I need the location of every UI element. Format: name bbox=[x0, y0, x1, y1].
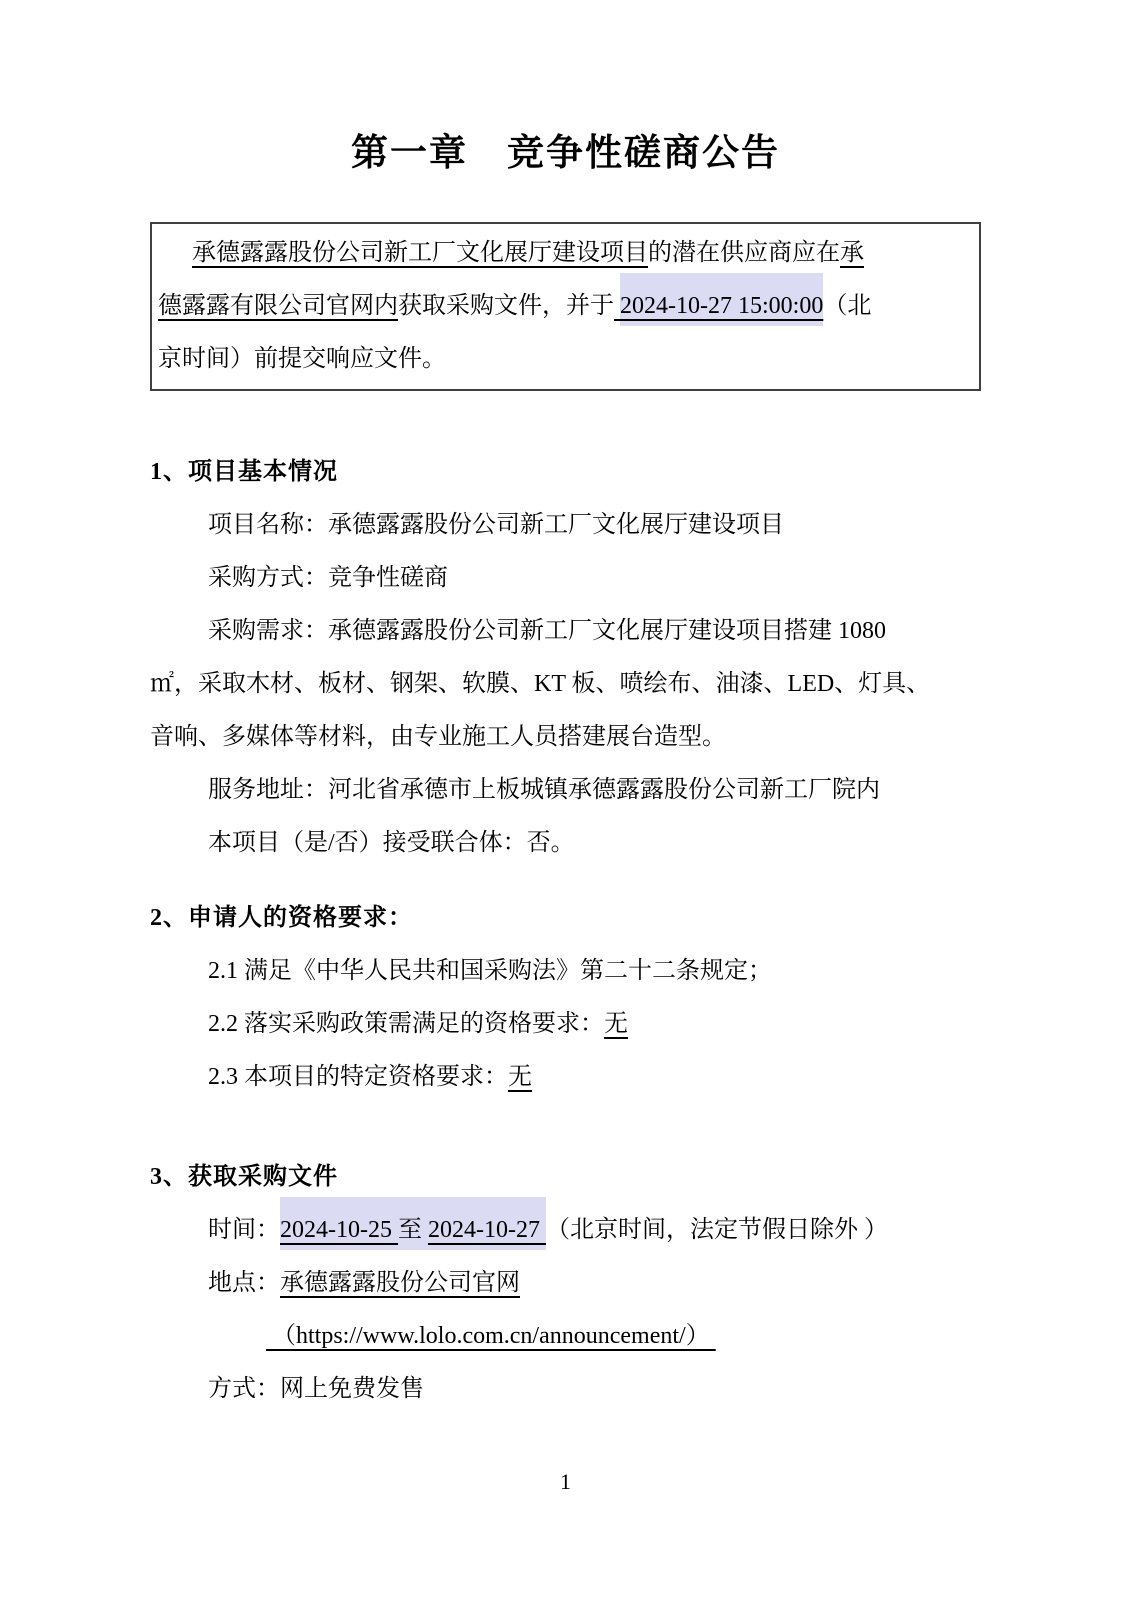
text-line: 地点：承德露露股份公司官网 bbox=[150, 1257, 981, 1310]
underlined-text: 承 bbox=[840, 240, 864, 266]
text-run: 地点： bbox=[208, 1270, 280, 1296]
form-field-highlight[interactable]: 2024-10-27 bbox=[428, 1197, 546, 1250]
text-run: 的潜在供应商应在 bbox=[648, 240, 840, 266]
underlined-text: （https://www.lolo.com.cn/announcement/） bbox=[266, 1323, 716, 1349]
underlined-text: 德露露有限公司官网内 bbox=[158, 293, 398, 319]
document-page: 第一章 竞争性磋商公告 承德露露股份公司新工厂文化展厅建设项目的潜在供应商应在承… bbox=[0, 0, 1131, 1600]
notice-line: 承德露露股份公司新工厂文化展厅建设项目的潜在供应商应在承 bbox=[158, 227, 973, 280]
form-field-highlight[interactable]: 2024-10-27 15:00:00 bbox=[620, 273, 823, 326]
section: 1、项目基本情况项目名称：承德露露股份公司新工厂文化展厅建设项目采购方式：竞争性… bbox=[150, 446, 981, 870]
underlined-text: 无 bbox=[604, 1011, 628, 1037]
text-run: （北京时间，法定节假日除外 ） bbox=[546, 1217, 888, 1243]
notice-box: 承德露露股份公司新工厂文化展厅建设项目的潜在供应商应在承德露露有限公司官网内获取… bbox=[150, 222, 981, 391]
form-field-highlight[interactable]: 2024-10-25 bbox=[280, 1197, 398, 1250]
notice-line: 德露露有限公司官网内获取采购文件，并于 2024-10-27 15:00:00（… bbox=[158, 280, 973, 333]
section-heading: 3、获取采购文件 bbox=[150, 1151, 981, 1204]
section-heading: 1、项目基本情况 bbox=[150, 446, 981, 499]
text-run: ㎡，采取木材、板材、钢架、软膜、KT 板、喷绘布、油漆、LED、灯具、 bbox=[150, 671, 930, 697]
text-line: 2.3 本项目的特定资格要求：无 bbox=[150, 1051, 981, 1104]
text-run: 2.2 落实采购政策需满足的资格要求： bbox=[208, 1011, 604, 1037]
page-number: 1 bbox=[0, 1468, 1131, 1496]
section: 2、申请人的资格要求：2.1 满足《中华人民共和国采购法》第二十二条规定；2.2… bbox=[150, 892, 981, 1104]
text-line: 服务地址：河北省承德市上板城镇承德露露股份公司新工厂院内 bbox=[150, 764, 981, 817]
section-heading: 2、申请人的资格要求： bbox=[150, 892, 981, 945]
document-body: 1、项目基本情况项目名称：承德露露股份公司新工厂文化展厅建设项目采购方式：竞争性… bbox=[150, 446, 981, 1416]
text-run: 本项目（是/否）接受联合体：否。 bbox=[208, 830, 575, 856]
form-field-highlight[interactable]: 至 bbox=[398, 1197, 428, 1250]
text-line: 采购需求：承德露露股份公司新工厂文化展厅建设项目搭建 1080 bbox=[150, 605, 981, 658]
text-run: 2.3 本项目的特定资格要求： bbox=[208, 1064, 508, 1090]
text-line: 本项目（是/否）接受联合体：否。 bbox=[150, 817, 981, 870]
text-run: 采购方式：竞争性磋商 bbox=[208, 565, 448, 591]
text-line: 音响、多媒体等材料，由专业施工人员搭建展台造型。 bbox=[150, 711, 981, 764]
text-run: （北 bbox=[823, 293, 871, 319]
text-run: 获取采购文件，并于 bbox=[398, 293, 614, 319]
text-line: 项目名称：承德露露股份公司新工厂文化展厅建设项目 bbox=[150, 499, 981, 552]
text-line: 时间：2024-10-25 至 2024-10-27 （北京时间，法定节假日除外… bbox=[150, 1204, 981, 1257]
underlined-text: 承德露露股份公司官网 bbox=[280, 1270, 520, 1296]
text-run: 音响、多媒体等材料，由专业施工人员搭建展台造型。 bbox=[150, 724, 726, 750]
notice-line: 京时间）前提交响应文件。 bbox=[158, 333, 973, 386]
text-run: 京时间）前提交响应文件。 bbox=[158, 346, 446, 372]
text-run: 时间： bbox=[208, 1217, 280, 1243]
text-line: 2.1 满足《中华人民共和国采购法》第二十二条规定； bbox=[150, 945, 981, 998]
text-run: 服务地址：河北省承德市上板城镇承德露露股份公司新工厂院内 bbox=[208, 777, 880, 803]
text-line: （https://www.lolo.com.cn/announcement/） bbox=[150, 1310, 981, 1363]
text-line: ㎡，采取木材、板材、钢架、软膜、KT 板、喷绘布、油漆、LED、灯具、 bbox=[150, 658, 981, 711]
underlined-text: 无 bbox=[508, 1064, 532, 1090]
text-run: 采购需求：承德露露股份公司新工厂文化展厅建设项目搭建 1080 bbox=[208, 618, 886, 644]
underlined-text: 承德露露股份公司新工厂文化展厅建设项目 bbox=[192, 240, 648, 266]
text-line: 采购方式：竞争性磋商 bbox=[150, 552, 981, 605]
text-run: 2.1 满足《中华人民共和国采购法》第二十二条规定； bbox=[208, 958, 772, 984]
text-run: 项目名称：承德露露股份公司新工厂文化展厅建设项目 bbox=[208, 512, 784, 538]
chapter-title: 第一章 竞争性磋商公告 bbox=[150, 132, 981, 176]
section: 3、获取采购文件时间：2024-10-25 至 2024-10-27 （北京时间… bbox=[150, 1151, 981, 1416]
text-line: 方式：网上免费发售 bbox=[150, 1363, 981, 1416]
text-line: 2.2 落实采购政策需满足的资格要求：无 bbox=[150, 998, 981, 1051]
text-run: 方式：网上免费发售 bbox=[208, 1376, 424, 1402]
